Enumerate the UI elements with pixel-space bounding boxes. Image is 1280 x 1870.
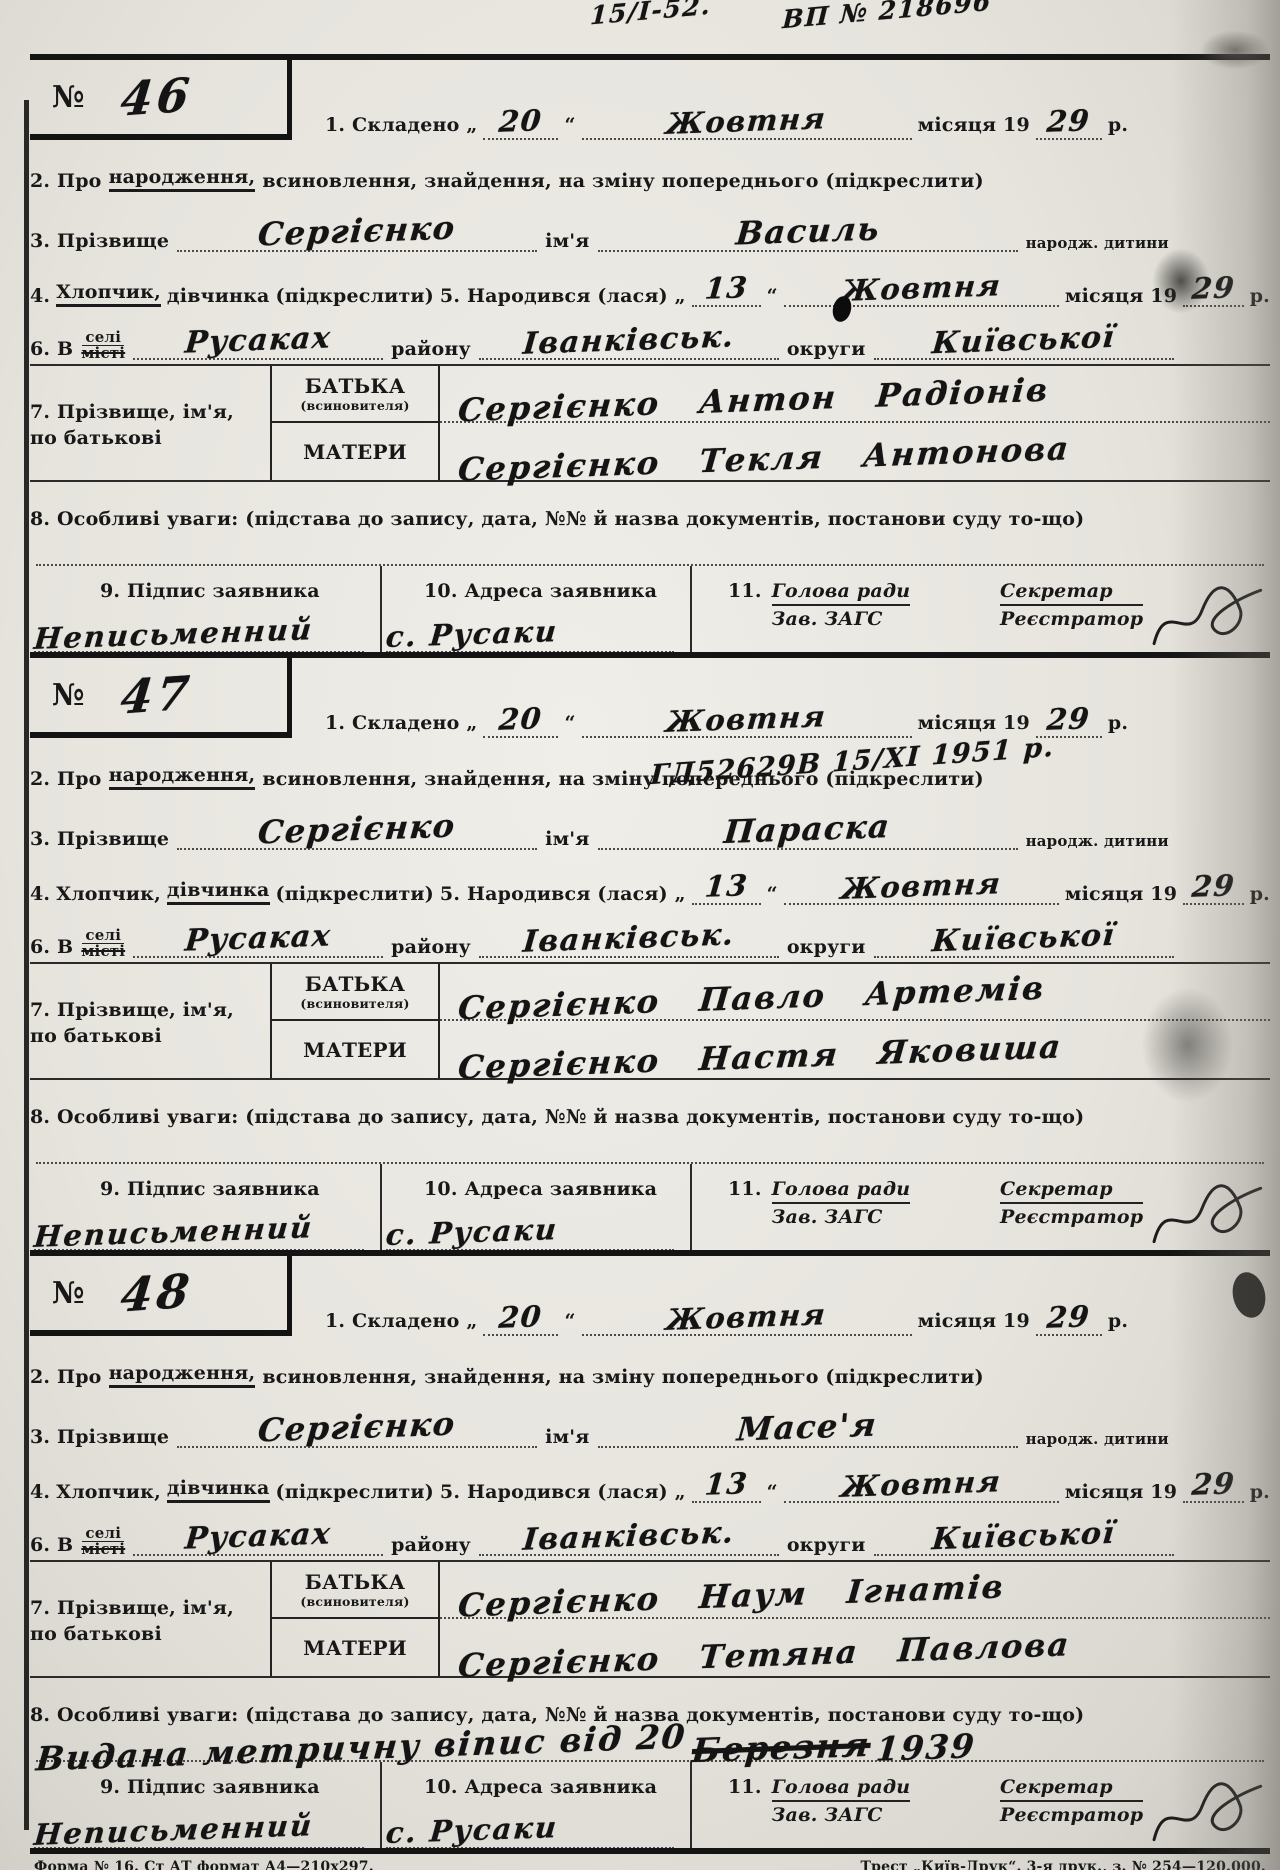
record-header-row: № 47 1. Складено „ 20 “ Жовтня місяця 19… [30,658,1270,750]
record-number-value: 47 [118,665,196,725]
town-word: місті [81,1542,125,1558]
dotted-field [36,1130,1264,1164]
father-sublabel: (всиновителя) [300,1594,409,1609]
dotted-field: 29 [1036,1300,1102,1336]
mother-role-cell: МАТЕРИ [272,423,438,480]
father-label: БАТЬКА [305,972,405,996]
surname-line: 3. Прізвище Сергієнко ім'я Масе'я народж… [30,1392,1270,1450]
underline-hint: (підкреслити) [276,1481,434,1503]
sex-and-birthdate-line: 4. Хлопчик, дівчинка (підкреслити) 5. На… [30,254,1270,310]
composed-month: Жовтня [665,699,828,739]
dotted-field: с. Русаки [386,1813,674,1849]
father-label: БАТЬКА [305,1570,405,1594]
composed-month: Жовтня [665,1297,828,1337]
mother-row: Сергієнко Текля Антонова [440,423,1270,480]
district-value: Іванківськ. [521,1515,736,1558]
sign-label: 9. Підпис заявника [100,580,320,602]
surname-label: 3. Прізвище [30,1426,169,1448]
year-suffix-label: р. [1108,1310,1128,1332]
dotted-field: Сергієнко [177,1408,537,1448]
father-value: Сергієнко Наум Ігнатів [456,1567,1006,1624]
notes-label: 8. Особливі уваги: (підстава до запису, … [30,1106,1084,1128]
month-19-label: місяця 19 [918,712,1030,734]
special-notes-entry: Видана метричну віпис від 20 Березня 193… [30,1728,1270,1762]
month-19-label: місяця 19 [918,114,1030,136]
secretary-label: Секретар Реєстратор [1000,580,1143,631]
born-label: 5. Народився (лася) „ [440,883,686,905]
composed-label: 1. Складено „ [325,712,477,734]
dotted-field: Видана метричну віпис від 20 Березня 193… [36,1728,1264,1762]
dotted-field: Іванківськ. [479,1519,779,1556]
record-type-line: 2. Про народження, всиновлення, знайденн… [30,1348,1270,1392]
town-word: місті [81,346,125,362]
composed-day: 20 [498,1299,544,1335]
dotted-field: 13 [692,271,761,307]
composed-year: 29 [1046,103,1092,139]
composed-label: 1. Складено „ [325,1310,477,1332]
dotted-field: Василь [598,212,1018,252]
print-footer: Форма № 16. Ст АТ формат А4—210x297. Тре… [30,1848,1270,1870]
dotted-field: 13 [692,1467,761,1503]
name-label: ім'я [545,828,589,850]
parents-caption-line1: 7. Прізвище, ім'я, [30,1596,270,1622]
birth-record: № 48 1. Складено „ 20 “ Жовтня місяця 19… [30,1250,1270,1848]
about-rest: всиновлення, знайдення, на зміну поперед… [262,1366,983,1388]
father-role-cell: БАТЬКА (всиновителя) [272,366,438,423]
dotted-field: Київської [874,921,1174,958]
district-label: району [391,1534,471,1556]
number-sign: № [52,1276,85,1311]
child-name-value: Василь [734,209,881,252]
born-label: 5. Народився (лася) „ [440,1481,686,1503]
head-of-council-cell: 11. Голова ради Зав. ЗАГС [692,566,954,658]
close-quote: “ [564,1310,575,1332]
born-label: 5. Народився (лася) „ [440,285,686,307]
mother-label: МАТЕРИ [303,1038,407,1062]
about-birth-word: народження, [109,764,256,790]
address-label: 10. Адреса заявника [424,580,657,602]
head-of-council-label: Голова ради Зав. ЗАГС [772,580,911,631]
record-header-row: № 48 1. Складено „ 20 “ Жовтня місяця 19… [30,1256,1270,1348]
about-birth-word: народження, [109,1362,256,1388]
okruha-label: округи [787,338,866,360]
surname-value: Сергієнко [257,806,458,851]
surname-label: 3. Прізвище [30,230,169,252]
month-19-label: місяця 19 [1065,1481,1177,1503]
birth-month-value: Жовтня [840,1464,1003,1504]
father-role-cell: БАТЬКА (всиновителя) [272,964,438,1021]
sign-label: 9. Підпис заявника [100,1776,320,1798]
boy-word: Хлопчик, [56,281,161,307]
dotted-field: Русаках [133,921,383,958]
applicant-signature-value: Неписьменний [33,1210,315,1254]
in-label: 6. В [30,936,73,958]
head-line1: Голова ради [772,580,911,606]
dotted-field: с. Русаки [386,617,674,653]
record-number-value: 46 [118,67,196,127]
place-line: 6. В селі місті Русаках району Іванківсь… [30,908,1270,964]
about-prefix: 2. Про [30,170,102,192]
date-composed-line: 1. Складено „ 20 “ Жовтня місяця 19 29 р… [325,702,1128,738]
dotted-field: Неписьменний [34,1813,364,1849]
head-line2: Зав. ЗАГС [772,1206,911,1229]
signature-row: 9. Підпис заявника Неписьменний 10. Адре… [30,1164,1270,1256]
dotted-field: Жовтня [582,104,912,140]
dotted-field: Жовтня [784,271,1059,307]
ink-blot [1140,985,1235,1105]
composed-day: 20 [498,701,544,737]
applicant-signature-cell: 9. Підпис заявника Неписьменний [30,566,382,658]
boy-word: Хлопчик, [56,883,161,905]
close-quote: “ [767,883,778,905]
child-suffix-label: народж. дитини [1026,832,1169,850]
father-label: БАТЬКА [305,374,405,398]
annotation-ref: ВП № 218696 [781,0,992,34]
applicant-signature-value: Неписьменний [33,1808,315,1852]
dotted-field: Неписьменний [34,617,364,653]
okruha-value: Київської [930,320,1116,362]
dotted-field: Іванківськ. [479,921,779,958]
parents-caption: 7. Прізвище, ім'я, по батькові [30,964,270,1078]
secretary-line2: Реєстратор [1000,608,1143,631]
head-number: 11. [728,1178,762,1200]
head-line1: Голова ради [772,1178,911,1204]
okruha-value: Київської [930,918,1116,960]
head-number: 11. [728,1776,762,1798]
birth-month-value: Жовтня [840,268,1003,308]
district-value: Іванківськ. [521,917,736,960]
dotted-field: Параска [598,810,1018,850]
parents-role-box: БАТЬКА (всиновителя) МАТЕРИ [270,1562,440,1676]
parents-caption-line2: по батькові [30,426,270,452]
signature-row: 9. Підпис заявника Неписьменний 10. Адре… [30,566,1270,658]
composed-day: 20 [498,103,544,139]
girl-word: дівчинка [167,1477,270,1503]
sex-number: 4. [30,285,50,307]
birth-record: № 47 1. Складено „ 20 “ Жовтня місяця 19… [30,652,1270,1250]
father-sublabel: (всиновителя) [300,398,409,413]
sex-number: 4. [30,883,50,905]
applicant-address-cell: 10. Адреса заявника с. Русаки [382,566,692,658]
father-row: Сергієнко Наум Ігнатів [440,1562,1270,1619]
dotted-field: Русаках [133,1519,383,1556]
dotted-field: Русаках [133,323,383,360]
parents-caption: 7. Прізвище, ім'я, по батькові [30,366,270,480]
surname-label: 3. Прізвище [30,828,169,850]
sex-number: 4. [30,1481,50,1503]
secretary-line1: Секретар [1000,580,1143,606]
mother-label: МАТЕРИ [303,440,407,464]
village-town-selector: селі місті [81,330,125,363]
applicant-signature-value: Неписьменний [33,612,315,656]
dotted-field: Жовтня [582,702,912,738]
applicant-address-cell: 10. Адреса заявника с. Русаки [382,1762,692,1854]
close-quote: “ [564,712,575,734]
district-label: району [391,338,471,360]
birth-month-value: Жовтня [840,866,1003,906]
birth-day-value: 13 [703,270,749,306]
sex-and-birthdate-line: 4. Хлопчик, дівчинка (підкреслити) 5. На… [30,1450,1270,1506]
dotted-field: 20 [483,104,558,140]
composed-label: 1. Складено „ [325,114,477,136]
record-type-line: 2. Про народження, всиновлення, знайденн… [30,152,1270,196]
signature-row: 9. Підпис заявника Неписьменний 10. Адре… [30,1762,1270,1854]
dotted-field: Масе'я [598,1408,1018,1448]
place-line: 6. В селі місті Русаках району Іванківсь… [30,1506,1270,1562]
surname-line: 3. Прізвище Сергієнко ім'я Василь народж… [30,196,1270,254]
about-prefix: 2. Про [30,768,102,790]
underline-hint: (підкреслити) [276,285,434,307]
record-number-box: № 48 [30,1256,292,1336]
mother-value: Сергієнко Текля Антонова [457,429,1072,489]
record-header-row: № 46 1. Складено „ 20 “ Жовтня місяця 19… [30,60,1270,152]
father-value: Сергієнко Антон Радіонів [457,371,1051,430]
mother-row: Сергієнко Тетяна Павлова [440,1619,1270,1676]
special-notes-entry [30,1130,1270,1164]
date-composed-line: 1. Складено „ 20 “ Жовтня місяця 19 29 р… [325,1300,1128,1336]
child-suffix-label: народж. дитини [1026,234,1169,252]
head-number: 11. [728,580,762,602]
parents-caption-line2: по батькові [30,1024,270,1050]
dotted-field: Жовтня [784,869,1059,905]
birth-record: № 46 1. Складено „ 20 “ Жовтня місяця 19… [30,54,1270,652]
parents-block: 7. Прізвище, ім'я, по батькові БАТЬКА (в… [30,1562,1270,1678]
dotted-field: Іванківськ. [479,323,779,360]
secretary-line2: Реєстратор [1000,1804,1143,1827]
mother-role-cell: МАТЕРИ [272,1619,438,1676]
close-quote: “ [767,1481,778,1503]
place-line: 6. В селі місті Русаках району Іванківсь… [30,310,1270,366]
annotation-date: 15/І-52. [589,0,712,30]
head-of-council-cell: 11. Голова ради Зав. ЗАГС [692,1164,954,1256]
name-label: ім'я [545,230,589,252]
head-line1: Голова ради [772,1776,911,1802]
parents-block: 7. Прізвище, ім'я, по батькові БАТЬКА (в… [30,964,1270,1080]
applicant-address-value: с. Русаки [385,614,560,654]
town-word: місті [81,944,125,960]
village-value: Русаках [184,320,333,360]
head-of-council-label: Голова ради Зав. ЗАГС [772,1776,911,1827]
surname-value: Сергієнко [257,208,458,253]
address-label: 10. Адреса заявника [424,1178,657,1200]
dotted-field: Київської [874,1519,1174,1556]
special-notes-line: 8. Особливі уваги: (підстава до запису, … [30,1080,1270,1130]
parents-caption: 7. Прізвище, ім'я, по батькові [30,1562,270,1676]
head-line2: Зав. ЗАГС [772,1804,911,1827]
archival-annotation: 15/І-52. ВП № 218696 [590,0,992,25]
secretary-label: Секретар Реєстратор [1000,1776,1143,1827]
father-value: Сергієнко Павло Артемів [457,969,1047,1028]
father-row: Сергієнко Павло Артемів [440,964,1270,1021]
child-suffix-label: народж. дитини [1026,1430,1169,1448]
record-number-box: № 47 [30,658,292,738]
applicant-address-value: с. Русаки [385,1810,560,1850]
parents-values: Сергієнко Наум Ігнатів Сергієнко Тетяна … [440,1562,1270,1676]
dotted-field: Жовтня [784,1467,1059,1503]
about-birth-word: народження, [109,166,256,192]
girl-word: дівчинка [167,285,270,307]
child-name-value: Параска [723,807,893,851]
name-label: ім'я [545,1426,589,1448]
year-suffix-label: р. [1108,114,1128,136]
dotted-field: 20 [483,1300,558,1336]
village-value: Русаках [184,1516,333,1556]
head-line2: Зав. ЗАГС [772,608,911,631]
parents-role-box: БАТЬКА (всиновителя) МАТЕРИ [270,366,440,480]
record-number-box: № 46 [30,60,292,140]
parents-caption-line2: по батькові [30,1622,270,1648]
address-label: 10. Адреса заявника [424,1776,657,1798]
applicant-signature-cell: 9. Підпис заявника Неписьменний [30,1164,382,1256]
close-quote: “ [767,285,778,307]
mother-value: Сергієнко Тетяна Павлова [457,1625,1072,1685]
about-rest: всиновлення, знайдення, на зміну поперед… [262,170,983,192]
applicant-signature-cell: 9. Підпис заявника Неписьменний [30,1762,382,1854]
surname-value: Сергієнко [257,1404,458,1449]
about-prefix: 2. Про [30,1366,102,1388]
underline-hint: (підкреслити) [276,883,434,905]
dotted-field: 20 [483,702,558,738]
dotted-field: Неписьменний [34,1215,364,1251]
district-label: району [391,936,471,958]
month-19-label: місяця 19 [1065,883,1177,905]
child-name-value: Масе'я [736,1405,880,1448]
boy-word: Хлопчик, [56,1481,161,1503]
dotted-field: с. Русаки [386,1215,674,1251]
dotted-field [36,532,1264,566]
notes-label: 8. Особливі уваги: (підстава до запису, … [30,508,1084,530]
father-row: Сергієнко Антон Радіонів [440,366,1270,423]
parents-caption-line1: 7. Прізвище, ім'я, [30,400,270,426]
secretary-line2: Реєстратор [1000,1206,1143,1229]
sign-label: 9. Підпис заявника [100,1178,320,1200]
form-spec-imprint: Форма № 16. Ст АТ формат А4—210x297. [34,1859,374,1870]
special-notes-entry [30,532,1270,566]
composed-month: Жовтня [665,101,828,141]
dotted-field: 13 [692,869,761,905]
birth-day-value: 13 [703,868,749,904]
district-value: Іванківськ. [521,319,736,362]
mother-label: МАТЕРИ [303,1636,407,1660]
head-of-council-label: Голова ради Зав. ЗАГС [772,1178,911,1229]
secretary-line1: Секретар [1000,1178,1143,1204]
special-notes-line: 8. Особливі уваги: (підстава до запису, … [30,482,1270,532]
ink-blot [1152,248,1210,314]
date-composed-line: 1. Складено „ 20 “ Жовтня місяця 19 29 р… [325,104,1128,140]
applicant-address-value: с. Русаки [385,1212,560,1252]
birth-day-value: 13 [703,1466,749,1502]
parents-block: 7. Прізвище, ім'я, по батькові БАТЬКА (в… [30,366,1270,482]
okruha-value: Київської [930,1516,1116,1558]
village-town-selector: селі місті [81,928,125,961]
number-sign: № [52,678,85,713]
dotted-field: Сергієнко [177,212,537,252]
ink-blot [1200,30,1270,70]
dotted-field: 29 [1036,104,1102,140]
parents-role-box: БАТЬКА (всиновителя) МАТЕРИ [270,964,440,1078]
record-number-value: 48 [118,1263,196,1323]
in-label: 6. В [30,338,73,360]
dotted-field: Київської [874,323,1174,360]
scanned-registry-page: 15/І-52. ВП № 218696 № 46 1. Складено „ … [0,0,1280,1870]
applicant-address-cell: 10. Адреса заявника с. Русаки [382,1164,692,1256]
parents-values: Сергієнко Антон Радіонів Сергієнко Текля… [440,366,1270,480]
secretary-line1: Секретар [1000,1776,1143,1802]
surname-line: 3. Прізвище Сергієнко ім'я Параска народ… [30,794,1270,852]
head-of-council-cell: 11. Голова ради Зав. ЗАГС [692,1762,954,1854]
village-value: Русаках [184,918,333,958]
composed-year: 29 [1046,1299,1092,1335]
in-label: 6. В [30,1534,73,1556]
secretary-label: Секретар Реєстратор [1000,1178,1143,1229]
village-town-selector: селі місті [81,1526,125,1559]
page-edge-line [24,100,29,1830]
sex-and-birthdate-line: 4. Хлопчик, дівчинка (підкреслити) 5. На… [30,852,1270,908]
records-container: № 46 1. Складено „ 20 “ Жовтня місяця 19… [30,54,1270,1848]
parents-caption-line1: 7. Прізвище, ім'я, [30,998,270,1024]
father-sublabel: (всиновителя) [300,996,409,1011]
close-quote: “ [564,114,575,136]
dotted-field: Сергієнко [177,810,537,850]
month-19-label: місяця 19 [918,1310,1030,1332]
mother-role-cell: МАТЕРИ [272,1021,438,1078]
number-sign: № [52,80,85,115]
okruha-label: округи [787,1534,866,1556]
okruha-label: округи [787,936,866,958]
year-suffix-label: р. [1108,712,1128,734]
mother-value: Сергієнко Настя Яковиша [457,1027,1064,1086]
dotted-field: Жовтня [582,1300,912,1336]
father-role-cell: БАТЬКА (всиновителя) [272,1562,438,1619]
girl-word: дівчинка [167,879,270,905]
